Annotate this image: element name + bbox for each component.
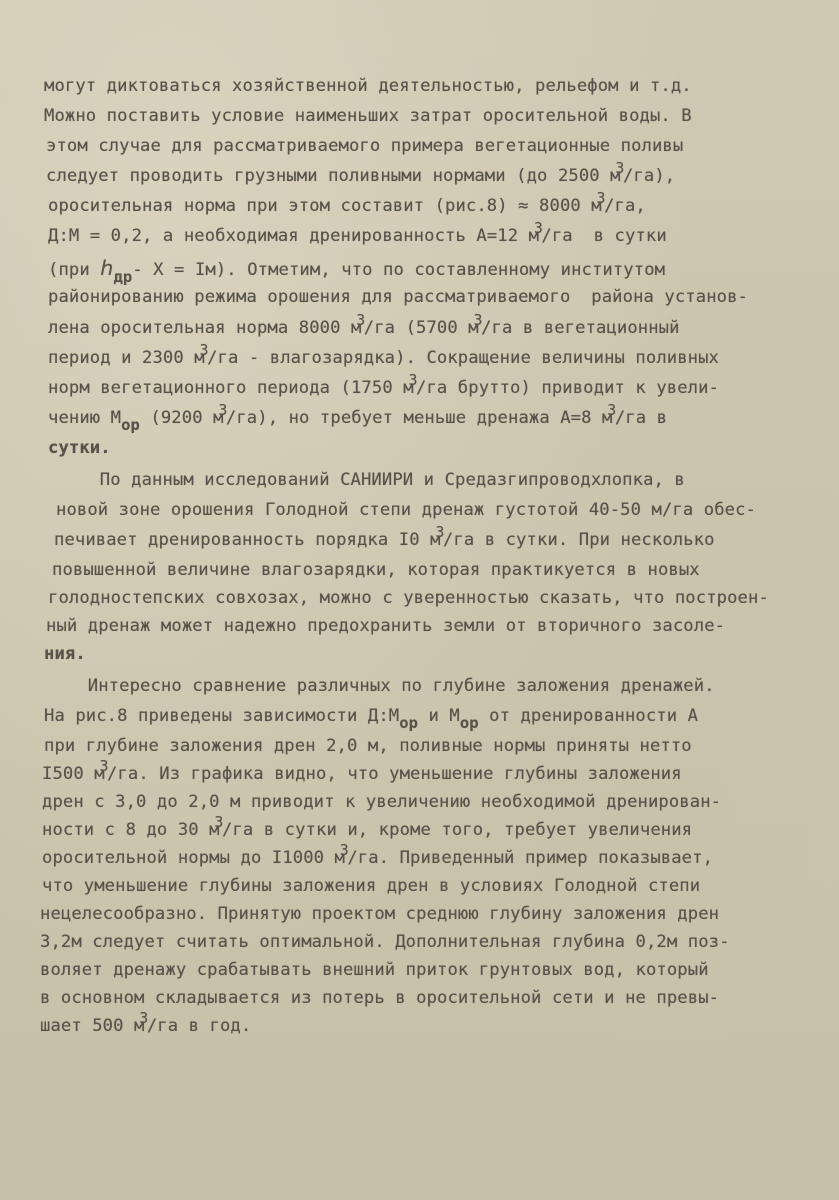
text-span: /га. Из графика видно, что уменьшение гл… <box>107 764 682 784</box>
text-span: ности с 8 до 30 м <box>42 820 220 840</box>
text-line: лена оросительная норма 8000 м3/га (5700… <box>48 318 680 338</box>
text-line: оросительная норма при этом составит (ри… <box>48 196 646 216</box>
superscript: 3 <box>100 758 109 775</box>
text-line: районированию режима орошения для рассма… <box>48 287 748 307</box>
text-span: печивает дренированность порядка I0 м <box>54 530 441 550</box>
text-line: период и 2300 м3/га - влагозарядка). Сок… <box>48 348 719 368</box>
text-line: повышенной величине влагозарядки, котора… <box>52 560 700 580</box>
text-span: /га (5700 м <box>364 318 479 338</box>
superscript: 3 <box>200 342 209 359</box>
text-span: лена оросительная норма 8000 м <box>48 318 361 338</box>
text-line: печивает дренированность порядка I0 м3/г… <box>54 530 715 550</box>
superscript: 3 <box>597 190 606 207</box>
text-line: голодностепских совхозах, можно с уверен… <box>48 588 769 608</box>
text-line: ности с 8 до 30 м3/га в сутки и, кроме т… <box>42 820 692 840</box>
text-span: Д:М = 0,2, а необходимая дренированность… <box>48 226 539 246</box>
text-line: могут диктоваться хозяйственной деятельн… <box>44 76 692 96</box>
text-line: Можно поставить условие наименьших затра… <box>44 106 692 126</box>
text-span: I500 м <box>42 764 105 784</box>
text-line: I500 м3/га. Из графика видно, что уменьш… <box>42 764 682 784</box>
text-span: /га), но требует меньше дренажа А=8 м <box>226 408 613 428</box>
subscript: ор <box>399 714 418 732</box>
typewritten-page: могут диктоваться хозяйственной деятельн… <box>0 0 839 1200</box>
superscript: 3 <box>435 524 444 541</box>
text-line: этом случае для рассматриваемого примера… <box>46 136 683 156</box>
text-span: /га. Приведенный пример показывает, <box>347 848 713 868</box>
text-line: шает 500 м3/га в год. <box>40 1016 251 1036</box>
text-line: при глубине заложения дрен 2,0 м, поливн… <box>44 736 692 756</box>
text-span: На рис.8 приведены зависимости Д:М <box>44 706 399 726</box>
subscript: др <box>113 268 132 286</box>
text-line: 3,2м следует считать оптимальной. Дополн… <box>40 932 730 952</box>
text-span: следует проводить грузными поливными нор… <box>46 166 621 186</box>
text-line: Д:М = 0,2, а необходимая дренированность… <box>48 226 667 246</box>
text-span: (9200 м <box>140 408 224 428</box>
text-line: дрен с 3,0 до 2,0 м приводит к увеличени… <box>42 792 721 812</box>
text-span: (при <box>48 260 100 280</box>
text-span: оросительной нормы до I1000 м <box>42 848 345 868</box>
text-span: период и 2300 м <box>48 348 205 368</box>
text-span: чению М <box>48 408 121 428</box>
text-span: норм вегетационного периода (1750 м <box>48 378 414 398</box>
text-span: /га в сутки и, кроме того, требует увели… <box>222 820 692 840</box>
text-span: оросительная норма при этом составит (ри… <box>48 196 602 216</box>
text-line: нецелесообразно. Принятую проектом средн… <box>40 904 719 924</box>
text-line: На рис.8 приведены зависимости Д:Мор и М… <box>44 706 698 726</box>
subscript: ор <box>121 416 140 434</box>
text-span: от дренированности А <box>479 706 698 726</box>
superscript: 3 <box>409 372 418 389</box>
text-span: /га в вегетационный <box>481 318 680 338</box>
text-line: новой зоне орошения Голодной степи дрена… <box>56 500 756 520</box>
formula-variable: h <box>100 256 113 280</box>
text-line: ный дренаж может надежно предохранить зе… <box>46 616 725 636</box>
text-span: /га в сутки <box>541 226 666 246</box>
text-span: /га в сутки. При несколько <box>443 530 715 550</box>
text-span: - X = Iм). Отметим, что по составленному… <box>132 260 665 280</box>
text-line: воляет дренажу срабатывать внешний прито… <box>40 960 709 980</box>
superscript: 3 <box>474 312 483 329</box>
text-span: и М <box>418 706 460 726</box>
subscript: ор <box>460 714 479 732</box>
text-line: (при hдр- X = Iм). Отметим, что по соста… <box>48 256 665 280</box>
superscript: 3 <box>218 402 227 419</box>
text-span: /га), <box>623 166 675 186</box>
text-line: По данным исследований САНИИРИ и Средазг… <box>58 470 685 490</box>
text-line: оросительной нормы до I1000 м3/га. Приве… <box>42 848 713 868</box>
text-span: /га - влагозарядка). Сокращение величины… <box>207 348 719 368</box>
superscript: 3 <box>340 842 349 859</box>
superscript: 3 <box>616 160 625 177</box>
text-line: что уменьшение глубины заложения дрен в … <box>42 876 700 896</box>
text-line: сутки. <box>48 438 111 458</box>
text-line: в основном складывается из потерь в орос… <box>40 988 719 1008</box>
text-span: шает 500 м <box>40 1016 144 1036</box>
text-span: /га брутто) приводит к увели- <box>416 378 719 398</box>
text-span: /га в <box>615 408 667 428</box>
text-line: ния. <box>44 644 86 664</box>
text-line: чению Мор (9200 м3/га), но требует меньш… <box>48 408 667 428</box>
superscript: 3 <box>534 220 543 237</box>
text-line: норм вегетационного периода (1750 м3/га … <box>48 378 719 398</box>
text-span: /га, <box>604 196 646 216</box>
superscript: 3 <box>607 402 616 419</box>
superscript: 3 <box>215 814 224 831</box>
text-line: следует проводить грузными поливными нор… <box>46 166 675 186</box>
text-line: Интересно сравнение различных по глубине… <box>46 676 715 696</box>
text-span: /га в год. <box>147 1016 251 1036</box>
superscript: 3 <box>356 312 365 329</box>
superscript: 3 <box>139 1010 148 1027</box>
